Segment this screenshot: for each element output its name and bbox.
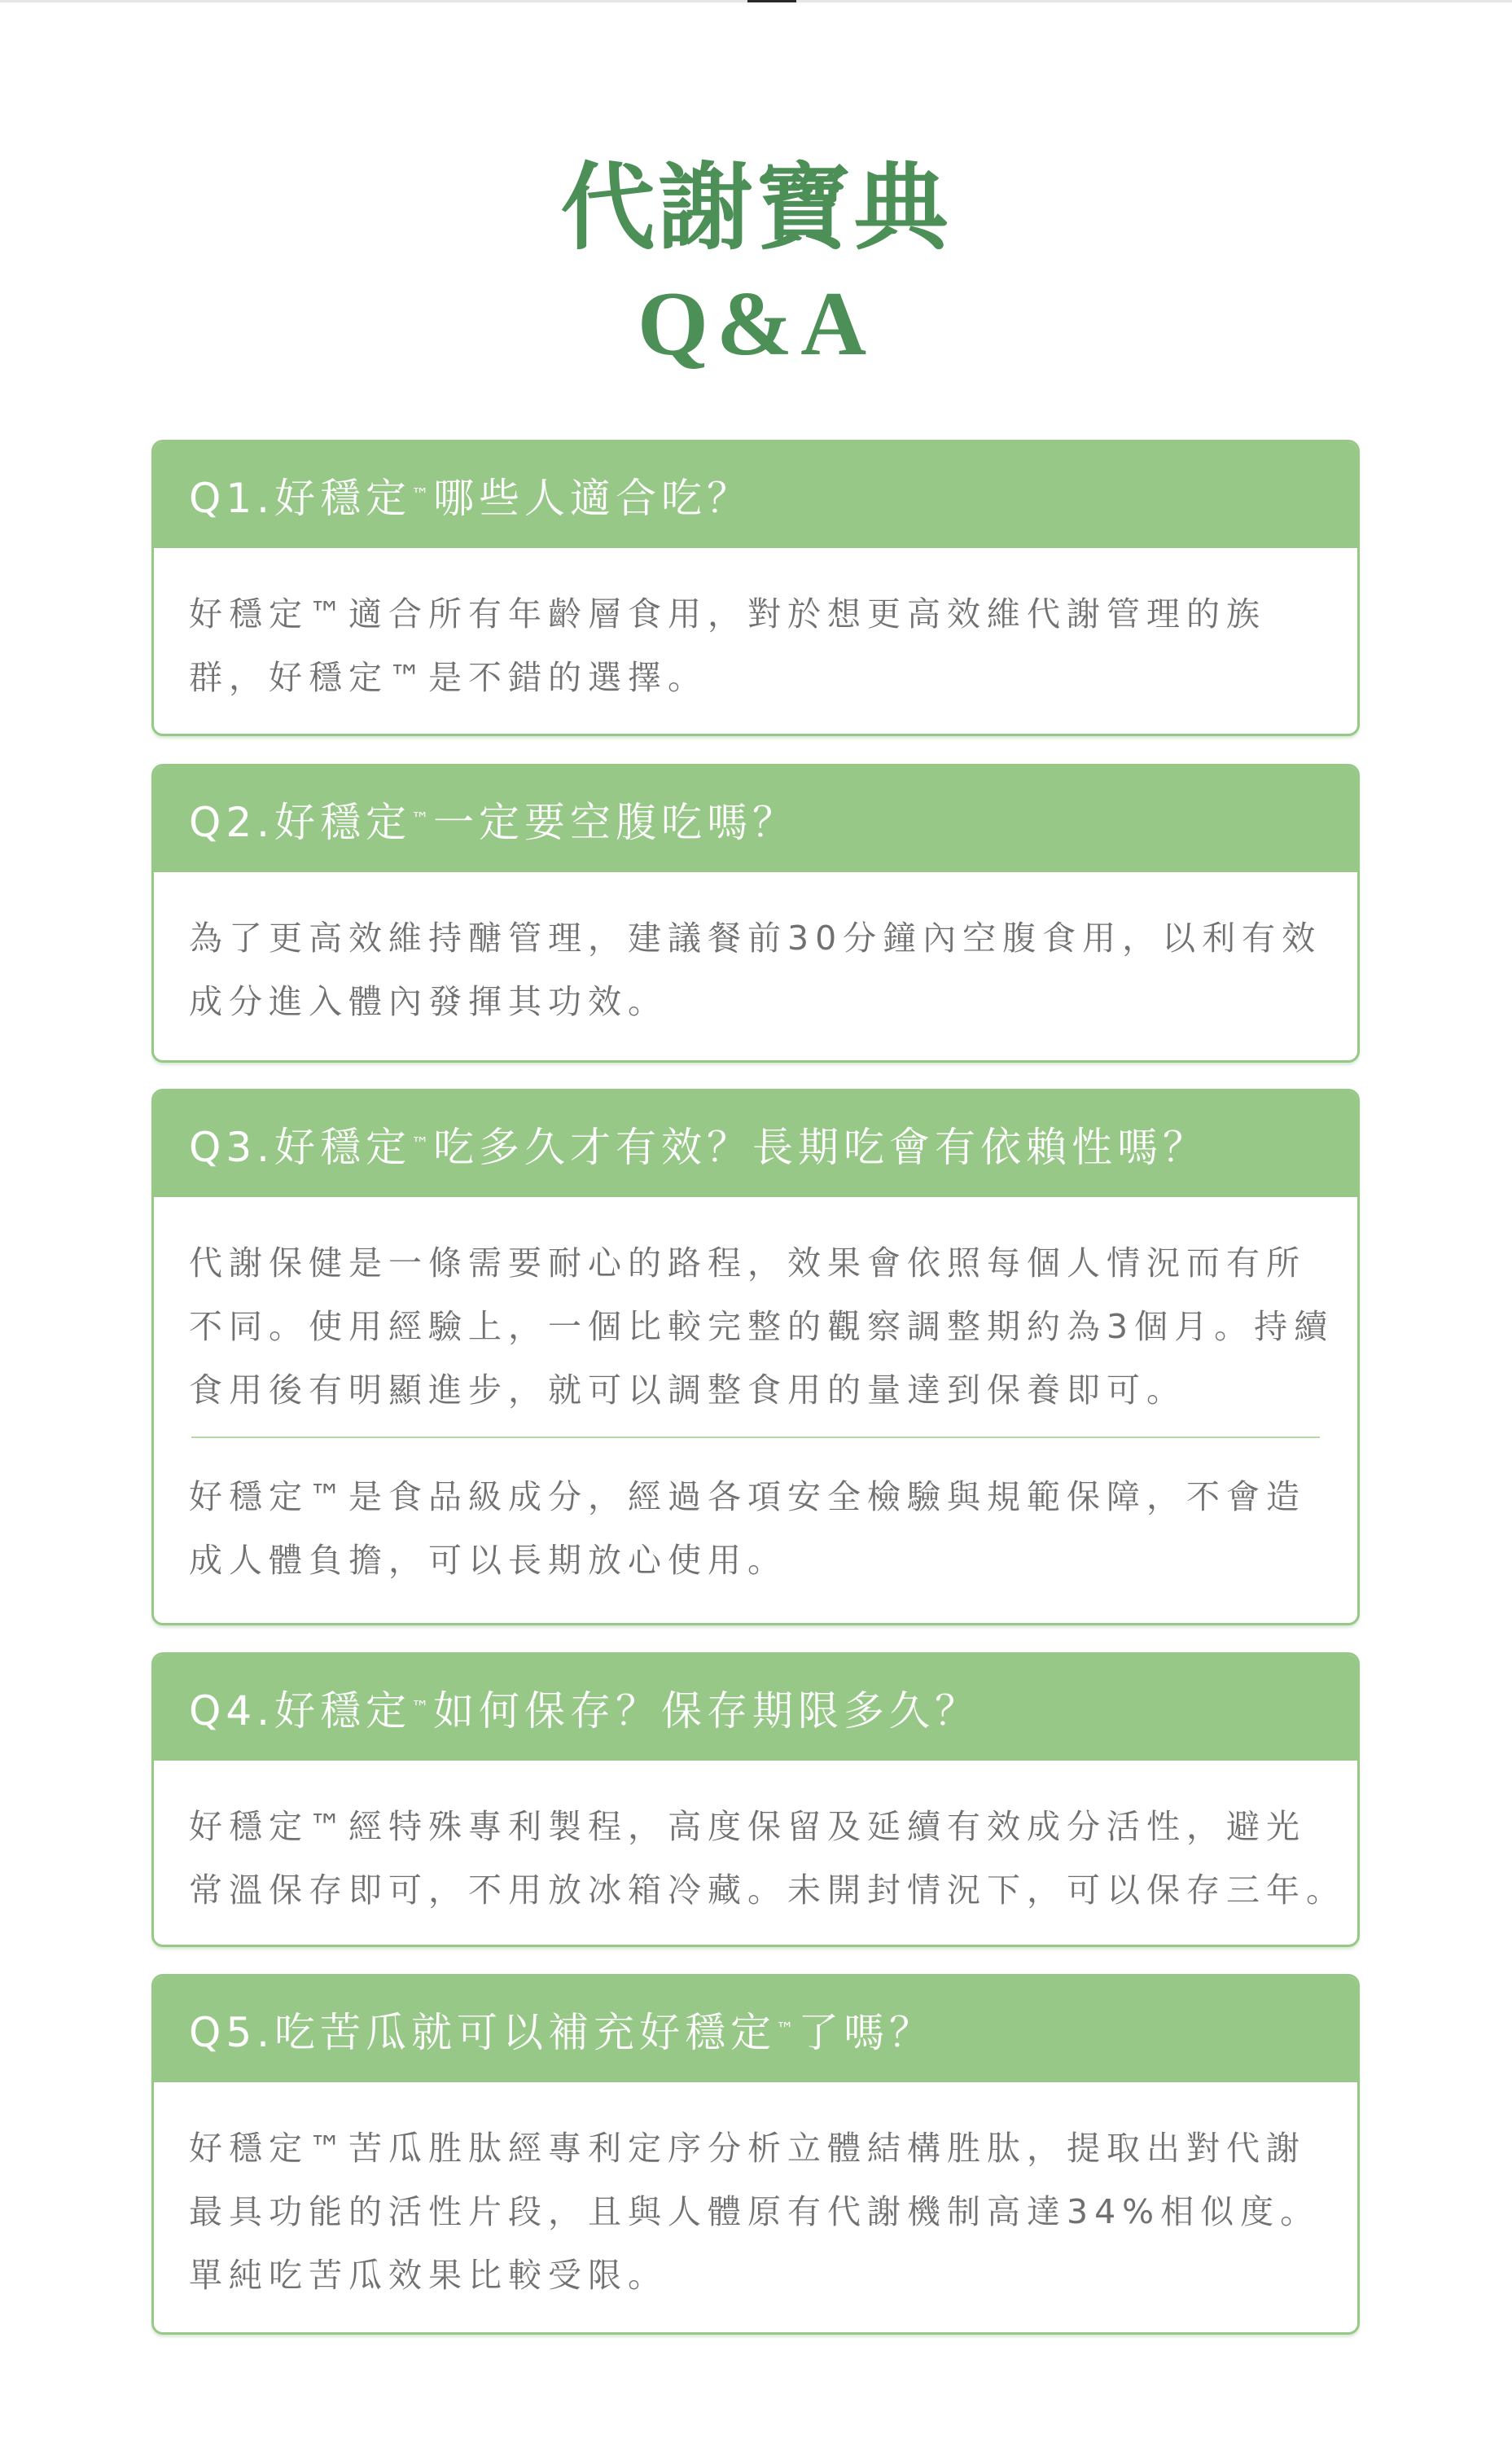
answer-line: 代謝保健是一條需要耐心的路程，效果會依照每個人情況而有所 [189, 1231, 1322, 1295]
faq-answer-q4: 好穩定™經特殊專利製程，高度保留及延續有效成分活性，避光 常溫保存即可，不用放冰… [154, 1761, 1357, 1946]
faq-question-q2: Q2.好穩定™一定要空腹吃嗎？ [154, 766, 1357, 872]
answer-paragraph: 代謝保健是一條需要耐心的路程，效果會依照每個人情況而有所 不同。使用經驗上，一個… [189, 1231, 1322, 1422]
faq-card-q2: Q2.好穩定™一定要空腹吃嗎？ 為了更高效維持醣管理，建議餐前30分鐘內空腹食用… [151, 764, 1360, 1063]
answer-paragraph: 為了更高效維持醣管理，建議餐前30分鐘內空腹食用，以利有效 成分進入體內發揮其功… [189, 906, 1322, 1033]
answer-line: 最具功能的活性片段，且與人體原有代謝機制高達34%相似度。 [189, 2180, 1322, 2243]
question-text: 了嗎？ [798, 2000, 935, 2059]
question-text: Q1.好穩定 [189, 466, 411, 524]
trademark-symbol: ™ [411, 809, 430, 830]
answer-line: 好穩定™是食品級成分，經過各項安全檢驗與規範保障，不會造 [189, 1465, 1322, 1529]
paragraph-divider [191, 1436, 1320, 1438]
faq-answer-q3: 代謝保健是一條需要耐心的路程，效果會依照每個人情況而有所 不同。使用經驗上，一個… [154, 1197, 1357, 1616]
question-text: Q4.好穩定 [189, 1678, 411, 1737]
question-text: 一定要空腹吃嗎？ [433, 790, 798, 849]
answer-line: 好穩定™適合所有年齡層食用，對於想更高效維代謝管理的族 [189, 582, 1322, 646]
faq-question-q1: Q1.好穩定™哪些人適合吃？ [154, 442, 1357, 548]
answer-line: 為了更高效維持醣管理，建議餐前30分鐘內空腹食用，以利有效 [189, 906, 1322, 970]
trademark-symbol: ™ [411, 1698, 430, 1718]
faq-answer-q5: 好穩定™苦瓜胜肽經專利定序分析立體結構胜肽，提取出對代謝 最具功能的活性片段，且… [154, 2082, 1357, 2331]
faq-card-q5: Q5.吃苦瓜就可以補充好穩定™了嗎？ 好穩定™苦瓜胜肽經專利定序分析立體結構胜肽… [151, 1974, 1360, 2335]
answer-line: 好穩定™經特殊專利製程，高度保留及延續有效成分活性，避光 [189, 1795, 1322, 1858]
faq-question-q5: Q5.吃苦瓜就可以補充好穩定™了嗎？ [154, 1976, 1357, 2082]
question-text: Q3.好穩定 [189, 1115, 411, 1173]
answer-paragraph: 好穩定™經特殊專利製程，高度保留及延續有效成分活性，避光 常溫保存即可，不用放冰… [189, 1795, 1322, 1922]
answer-line: 好穩定™苦瓜胜肽經專利定序分析立體結構胜肽，提取出對代謝 [189, 2116, 1322, 2180]
top-edge-strip [0, 0, 1512, 2]
answer-line: 食用後有明顯進步，就可以調整食用的量達到保養即可。 [189, 1358, 1322, 1422]
answer-line: 常溫保存即可，不用放冰箱冷藏。未開封情況下，可以保存三年。 [189, 1858, 1322, 1922]
trademark-symbol: ™ [411, 1134, 430, 1155]
answer-line: 不同。使用經驗上，一個比較完整的觀察調整期約為3個月。持續 [189, 1295, 1322, 1358]
page-title-sub: Q&A [0, 275, 1512, 373]
faq-card-q3: Q3.好穩定™吃多久才有效？長期吃會有依賴性嗎？ 代謝保健是一條需要耐心的路程，… [151, 1089, 1360, 1625]
answer-paragraph: 好穩定™是食品級成分，經過各項安全檢驗與規範保障，不會造 成人體負擔，可以長期放… [189, 1465, 1322, 1592]
trademark-symbol: ™ [776, 2020, 795, 2040]
faq-card-q1: Q1.好穩定™哪些人適合吃？ 好穩定™適合所有年齡層食用，對於想更高效維代謝管理… [151, 440, 1360, 736]
answer-paragraph: 好穩定™適合所有年齡層食用，對於想更高效維代謝管理的族 群，好穩定™是不錯的選擇… [189, 582, 1322, 709]
top-edge-mark [747, 0, 796, 2]
question-text: Q5.吃苦瓜就可以補充好穩定 [189, 2000, 776, 2059]
faq-card-q4: Q4.好穩定™如何保存？保存期限多久？ 好穩定™經特殊專利製程，高度保留及延續有… [151, 1652, 1360, 1947]
answer-paragraph: 好穩定™苦瓜胜肽經專利定序分析立體結構胜肽，提取出對代謝 最具功能的活性片段，且… [189, 2116, 1322, 2307]
question-text: Q2.好穩定 [189, 790, 411, 849]
answer-line: 群，好穩定™是不錯的選擇。 [189, 646, 1322, 709]
answer-line: 成分進入體內發揮其功效。 [189, 970, 1322, 1033]
page-title: 代謝寶典 Q&A [0, 147, 1512, 373]
question-text: 如何保存？保存期限多久？ [433, 1678, 980, 1737]
page-title-main: 代謝寶典 [0, 147, 1512, 269]
faq-answer-q1: 好穩定™適合所有年齡層食用，對於想更高效維代謝管理的族 群，好穩定™是不錯的選擇… [154, 548, 1357, 734]
faq-question-q3: Q3.好穩定™吃多久才有效？長期吃會有依賴性嗎？ [154, 1091, 1357, 1197]
question-text: 吃多久才有效？長期吃會有依賴性嗎？ [433, 1115, 1208, 1173]
answer-line: 成人體負擔，可以長期放心使用。 [189, 1529, 1322, 1592]
faq-question-q4: Q4.好穩定™如何保存？保存期限多久？ [154, 1655, 1357, 1761]
trademark-symbol: ™ [411, 485, 430, 506]
faq-answer-q2: 為了更高效維持醣管理，建議餐前30分鐘內空腹食用，以利有效 成分進入體內發揮其功… [154, 872, 1357, 1058]
question-text: 哪些人適合吃？ [433, 466, 752, 524]
answer-line: 單純吃苦瓜效果比較受限。 [189, 2243, 1322, 2307]
